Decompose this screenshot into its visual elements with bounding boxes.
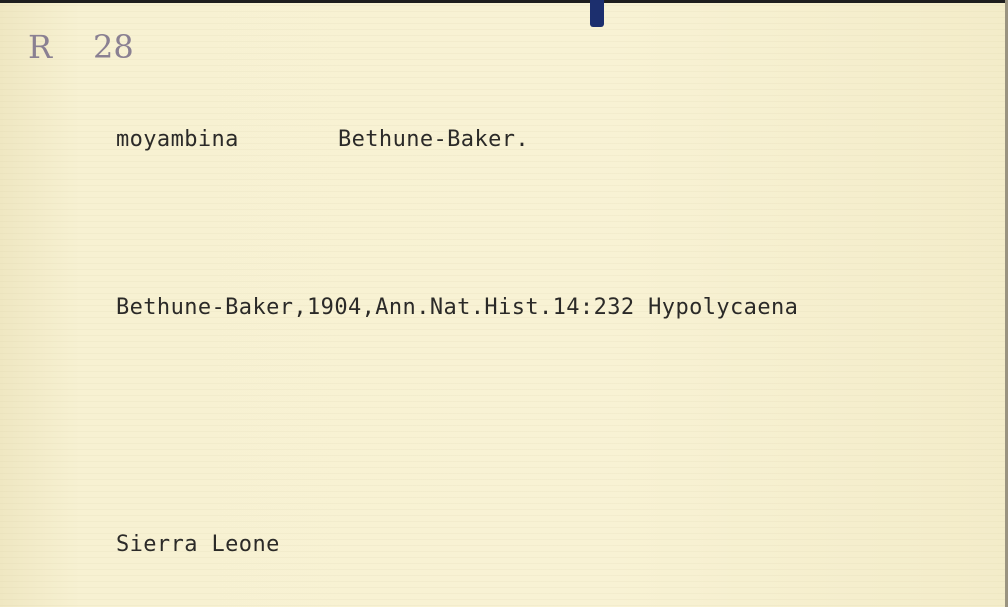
stamp-number: 28 bbox=[93, 28, 134, 66]
card-top-edge bbox=[0, 0, 1008, 3]
locality: Sierra Leone bbox=[116, 532, 280, 557]
bibliographic-reference: Bethune-Baker,1904,Ann.Nat.Hist.14:232 H… bbox=[116, 295, 798, 320]
blue-tab-marker bbox=[590, 0, 604, 27]
species-name: moyambina bbox=[116, 127, 239, 152]
stamp-letter: R bbox=[28, 28, 52, 66]
index-card: R 28 moyambina Bethune-Baker. Bethune-Ba… bbox=[0, 0, 1008, 607]
species-author: Bethune-Baker. bbox=[338, 127, 529, 152]
